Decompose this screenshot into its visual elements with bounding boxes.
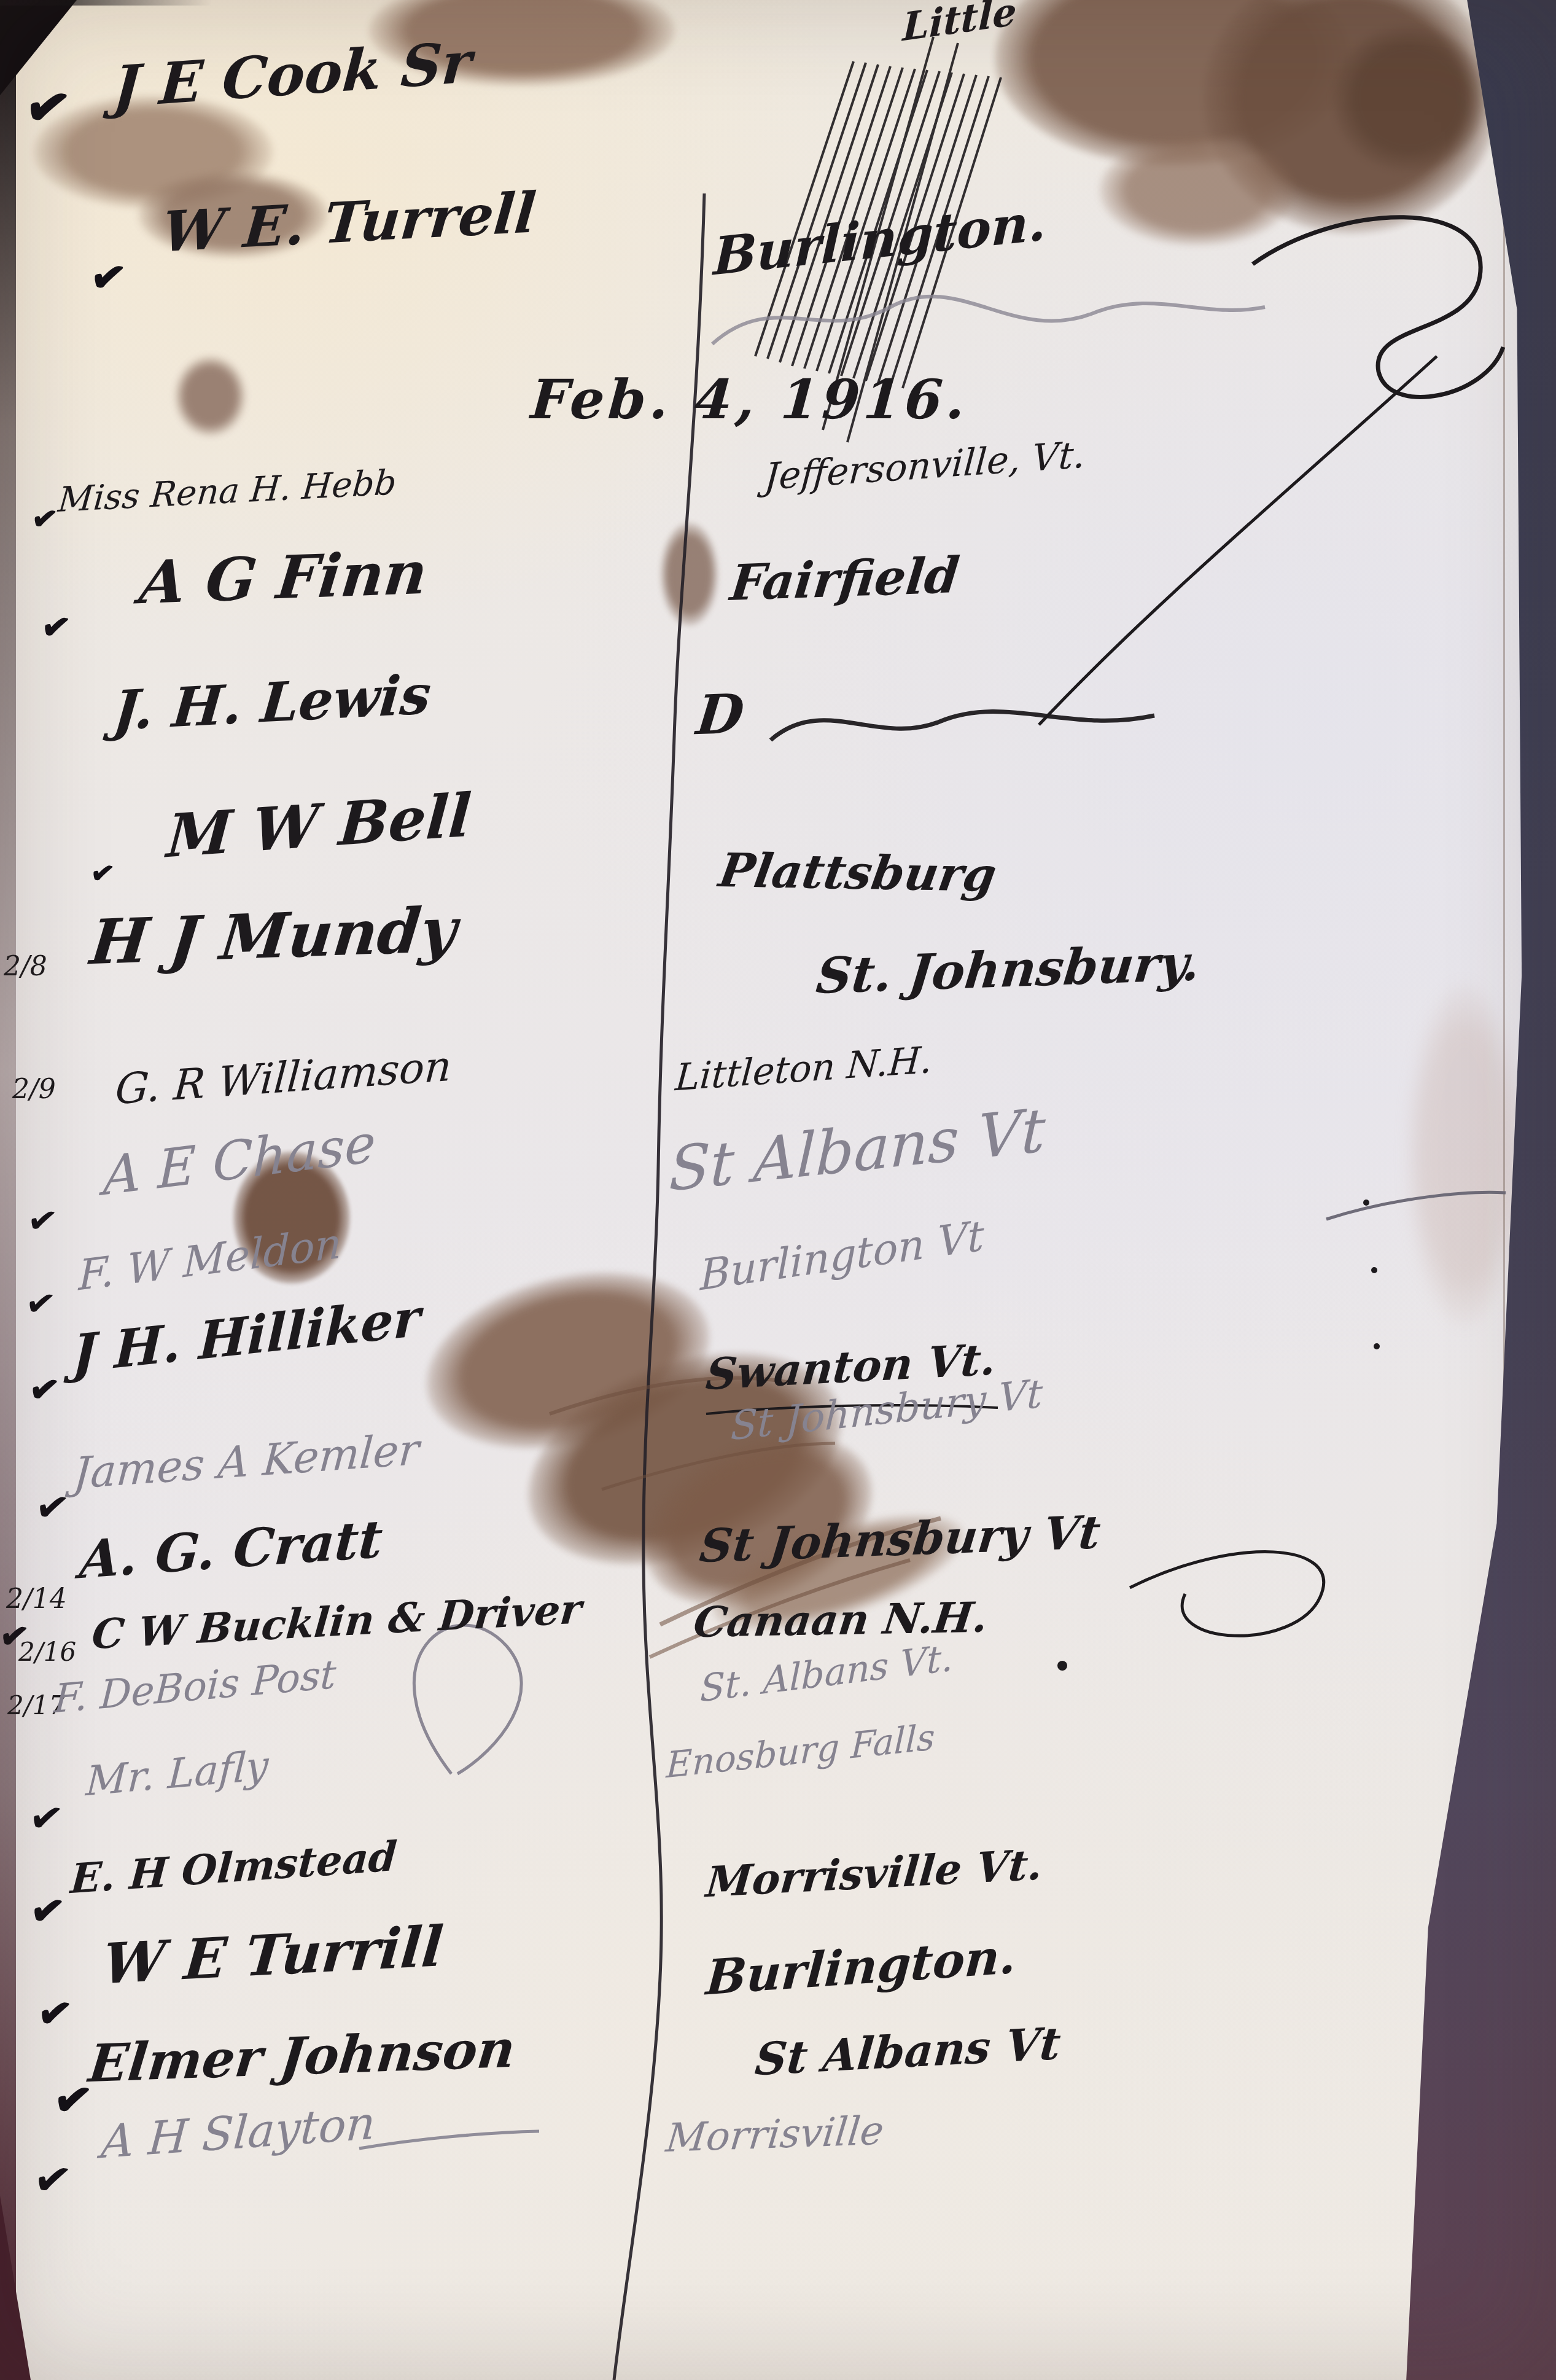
- checkmark: ✔: [23, 1281, 58, 1326]
- guest-name-signature: James A Kemler: [72, 1424, 421, 1499]
- entry-date: 2/8: [4, 951, 47, 982]
- checkmark: ✔: [26, 1367, 62, 1412]
- checkmark: ✔: [50, 2071, 95, 2129]
- checkmark: ✔: [29, 499, 60, 538]
- guest-residence: St Johnsbury Vt: [697, 1506, 1103, 1573]
- guest-name-signature: A G Finn: [136, 537, 430, 617]
- guest-residence: Littleton N.H.: [674, 1039, 934, 1100]
- checkmark: ✔: [88, 855, 117, 891]
- guest-name-signature: A. G. Cratt: [78, 1508, 385, 1590]
- guest-name-signature: Miss Rena H. Hebb: [56, 462, 398, 520]
- guest-residence: Jeffersonville, Vt.: [763, 433, 1087, 499]
- guest-residence: Enosburg Falls: [666, 1716, 936, 1787]
- guest-residence: St Johnsbury Vt: [730, 1371, 1043, 1449]
- guest-name-signature: F. DeBois Post: [53, 1652, 337, 1723]
- guest-name-signature: G. R Williamson: [114, 1042, 453, 1114]
- checkmark: ✔: [26, 1792, 66, 1844]
- checkmark: ✔: [28, 1884, 68, 1937]
- guest-name-signature: J E Cook Sr: [111, 29, 474, 121]
- entry-date: 2/17: [7, 1690, 65, 1720]
- guest-name-signature: W E Turrill: [100, 1914, 445, 1997]
- guest-name-signature: M W Bell: [165, 780, 473, 871]
- guest-residence: Morrisville Vt.: [704, 1840, 1044, 1907]
- guest-name-signature: Elmer Johnson: [86, 2018, 518, 2094]
- guest-residence: Burlington Vt: [700, 1212, 984, 1301]
- guest-name-signature: A E Chase: [103, 1112, 376, 1208]
- guest-register-page: Feb. 4, 1916. ✔ J E Cook Sr Little ✔ W E…: [0, 0, 1556, 2380]
- register-entries: ✔ J E Cook Sr Little ✔ W E. Turrell Burl…: [0, 0, 1556, 2380]
- checkmark: ✔: [20, 73, 75, 142]
- guest-residence: St. Johnsbury.: [814, 934, 1203, 1005]
- guest-residence: Plattsburg: [715, 843, 1000, 902]
- checkmark: ✔: [33, 1481, 72, 1533]
- guest-name-signature: C W Bucklin & Driver: [90, 1585, 584, 1658]
- guest-name-signature: A H Slayton: [99, 2096, 377, 2169]
- checkmark: ✔: [35, 1987, 76, 2039]
- guest-residence: Swanton Vt.: [704, 1333, 998, 1400]
- guest-name-signature: H J Mundy: [87, 893, 461, 978]
- checkmark: ✔: [30, 2151, 75, 2209]
- guest-residence: D: [694, 681, 747, 747]
- checkmark: ✔: [0, 1614, 31, 1658]
- entry-date: 2/16: [18, 1637, 76, 1667]
- guest-name-signature: E. H Olmstead: [69, 1832, 399, 1903]
- guest-residence: Little: [902, 0, 1017, 50]
- guest-name-signature: J H. Hilliker: [71, 1287, 421, 1384]
- guest-residence: Morrisville: [664, 2108, 886, 2161]
- checkmark: ✔: [87, 251, 129, 304]
- guest-residence: St Albans Vt: [668, 1095, 1046, 1205]
- guest-residence: Burlington.: [712, 191, 1048, 287]
- guest-residence: St Albans Vt: [753, 2017, 1062, 2086]
- guest-name-signature: F. W Meldon: [78, 1219, 341, 1300]
- guest-residence: Burlington.: [704, 1928, 1018, 2006]
- guest-name-signature: Mr. Lafly: [85, 1742, 270, 1806]
- guest-residence: Fairfield: [728, 546, 962, 612]
- checkmark: ✔: [25, 1198, 60, 1243]
- guest-name-signature: W E. Turrell: [160, 180, 539, 265]
- checkmark: ✔: [39, 605, 73, 649]
- guest-residence: St. Albans Vt.: [699, 1636, 953, 1711]
- entry-date: 2/14: [6, 1583, 67, 1615]
- guest-residence: Canaan N.H.: [691, 1593, 990, 1648]
- guest-name-signature: J. H. Lewis: [111, 662, 434, 743]
- entry-date: 2/9: [12, 1074, 56, 1105]
